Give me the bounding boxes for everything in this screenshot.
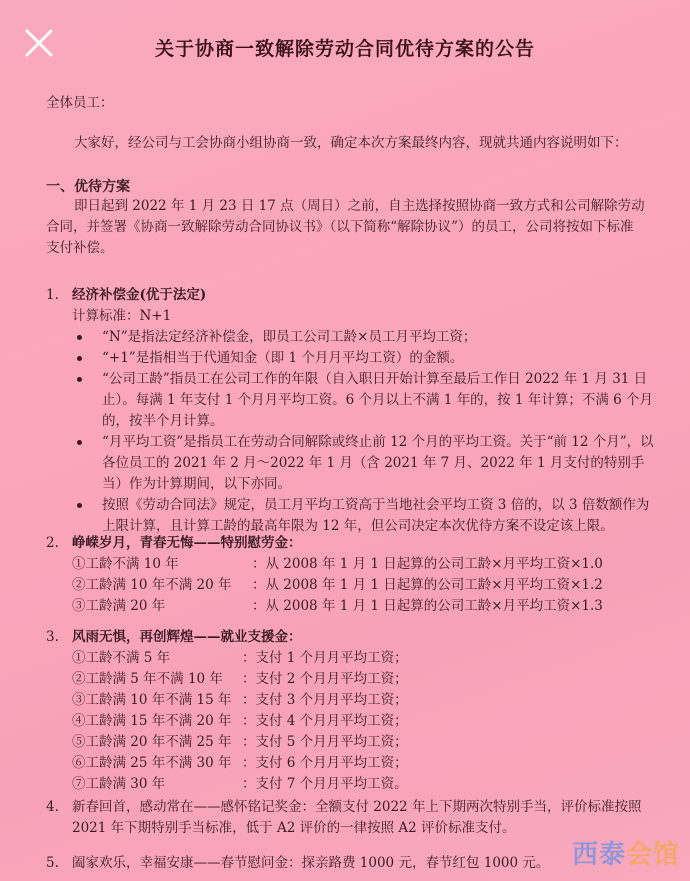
bullet-list: “N”是指法定经济补偿金，即员工公司工龄×员工月平均工资； “+1”是指相当于代…	[46, 327, 656, 537]
row-value: ：支付 5 个月月平均工资；	[242, 732, 408, 753]
bullet-item: 按照《劳动合同法》规定，员工月平均工资高于当地社会平均工资 3 倍的，以 3 倍…	[72, 495, 656, 537]
row-label: ②工龄满 5 年不满 10 年	[72, 669, 242, 690]
item-special-bonus: 2.峥嵘岁月，青春无悔——特别慰劳金： ①工龄不满 10 年：从 2008 年 …	[46, 533, 656, 617]
item-text: 新春回首，感动常在——感怀铭记奖金：全额支付 2022 年上下期两次特别手当，评…	[72, 797, 656, 839]
watermark-text-1: 西泰	[572, 840, 626, 870]
document-title: 关于协商一致解除劳动合同优待方案的公告	[0, 34, 690, 61]
row-value: ：支付 4 个月月平均工资；	[242, 711, 408, 732]
row-value: ：支付 7 个月月平均工资。	[242, 774, 408, 795]
item-title: 风雨无惧，再创辉煌——就业支援金：	[72, 629, 302, 645]
table-row: ③工龄满 20 年：从 2008 年 1 月 1 日起算的公司工龄×月平均工资×…	[72, 596, 656, 617]
item-number: 4.	[46, 797, 72, 839]
item-employment-support: 3.风雨无惧，再创辉煌——就业支援金： ①工龄不满 5 年：支付 1 个月月平均…	[46, 627, 656, 795]
item-appreciation-bonus: 4.新春回首，感动常在——感怀铭记奖金：全额支付 2022 年上下期两次特别手当…	[46, 797, 656, 839]
section-heading: 一、优待方案	[46, 177, 130, 198]
table-row: ②工龄满 5 年不满 10 年：支付 2 个月月平均工资；	[72, 669, 656, 690]
watermark-text-2: 会馆	[626, 840, 680, 870]
row-label: ③工龄满 10 年不满 15 年	[72, 690, 242, 711]
item-number: 1.	[46, 285, 72, 306]
table-row: ①工龄不满 5 年：支付 1 个月月平均工资；	[72, 648, 656, 669]
bullet-item: “N”是指法定经济补偿金，即员工公司工龄×员工月平均工资；	[72, 327, 656, 348]
row-value: ：支付 6 个月月平均工资；	[242, 753, 408, 774]
bullet-item: “公司工龄”指员工在公司工作的年限（自入职日开始计算至最后工作日 2022 年 …	[72, 369, 656, 432]
row-value: ：从 2008 年 1 月 1 日起算的公司工龄×月平均工资×1.2	[252, 575, 603, 596]
row-label: ④工龄满 15 年不满 20 年	[72, 711, 242, 732]
row-label: ⑤工龄满 20 年不满 25 年	[72, 732, 242, 753]
row-label: ⑥工龄满 25 年不满 30 年	[72, 753, 242, 774]
bullet-item: “+1”是指相当于代通知金（即 1 个月月平均工资）的金额。	[72, 348, 656, 369]
item-title: 经济补偿金(优于法定)	[72, 287, 206, 303]
intro-paragraph: 大家好，经公司与工会协商小组协商一致，确定本次方案最终内容，现就共通内容说明如下…	[74, 133, 628, 154]
row-label: ⑦工龄满 30 年	[72, 774, 242, 795]
table-row: ⑥工龄满 25 年不满 30 年：支付 6 个月月平均工资；	[72, 753, 656, 774]
row-label: ②工龄满 10 年不满 20 年	[72, 575, 252, 596]
table-row: ①工龄不满 10 年：从 2008 年 1 月 1 日起算的公司工龄×月平均工资…	[72, 554, 656, 575]
item-number: 5.	[46, 853, 72, 874]
item-subtitle: 计算标准：N+1	[46, 306, 656, 327]
watermark-logo: 西泰会馆	[572, 834, 680, 871]
item-economic-compensation: 1.经济补偿金(优于法定) 计算标准：N+1 “N”是指法定经济补偿金，即员工公…	[46, 285, 656, 537]
table-row: ②工龄满 10 年不满 20 年：从 2008 年 1 月 1 日起算的公司工龄…	[72, 575, 656, 596]
item-number: 3.	[46, 627, 72, 648]
row-value: ：支付 2 个月月平均工资；	[242, 669, 408, 690]
table-row: ③工龄满 10 年不满 15 年：支付 3 个月月平均工资；	[72, 690, 656, 711]
row-label: ①工龄不满 5 年	[72, 648, 242, 669]
row-label: ①工龄不满 10 年	[72, 554, 252, 575]
bullet-item: “月平均工资”是指员工在劳动合同解除或终止前 12 个月的平均工资。关于“前 1…	[72, 432, 656, 495]
row-value: ：支付 1 个月月平均工资；	[242, 648, 408, 669]
item-title: 峥嵘岁月，青春无悔——特别慰劳金：	[72, 535, 302, 551]
row-value: ：从 2008 年 1 月 1 日起算的公司工龄×月平均工资×1.3	[252, 596, 603, 617]
table-row: ⑦工龄满 30 年：支付 7 个月月平均工资。	[72, 774, 656, 795]
item-text: 阖家欢乐，幸福安康——春节慰问金：探亲路费 1000 元，春节红包 1000 元…	[72, 853, 549, 874]
item-spring-festival: 5.阖家欢乐，幸福安康——春节慰问金：探亲路费 1000 元，春节红包 1000…	[46, 853, 656, 874]
item-number: 2.	[46, 533, 72, 554]
row-value: ：支付 3 个月月平均工资；	[242, 690, 408, 711]
table-row: ⑤工龄满 20 年不满 25 年：支付 5 个月月平均工资；	[72, 732, 656, 753]
table-row: ④工龄满 15 年不满 20 年：支付 4 个月月平均工资；	[72, 711, 656, 732]
row-label: ③工龄满 20 年	[72, 596, 252, 617]
section-paragraph: 即日起到 2022 年 1 月 23 日 17 点（周日）之前，自主选择按照协商…	[46, 196, 646, 259]
salutation: 全体员工：	[46, 93, 114, 114]
row-value: ：从 2008 年 1 月 1 日起算的公司工龄×月平均工资×1.0	[252, 554, 603, 575]
